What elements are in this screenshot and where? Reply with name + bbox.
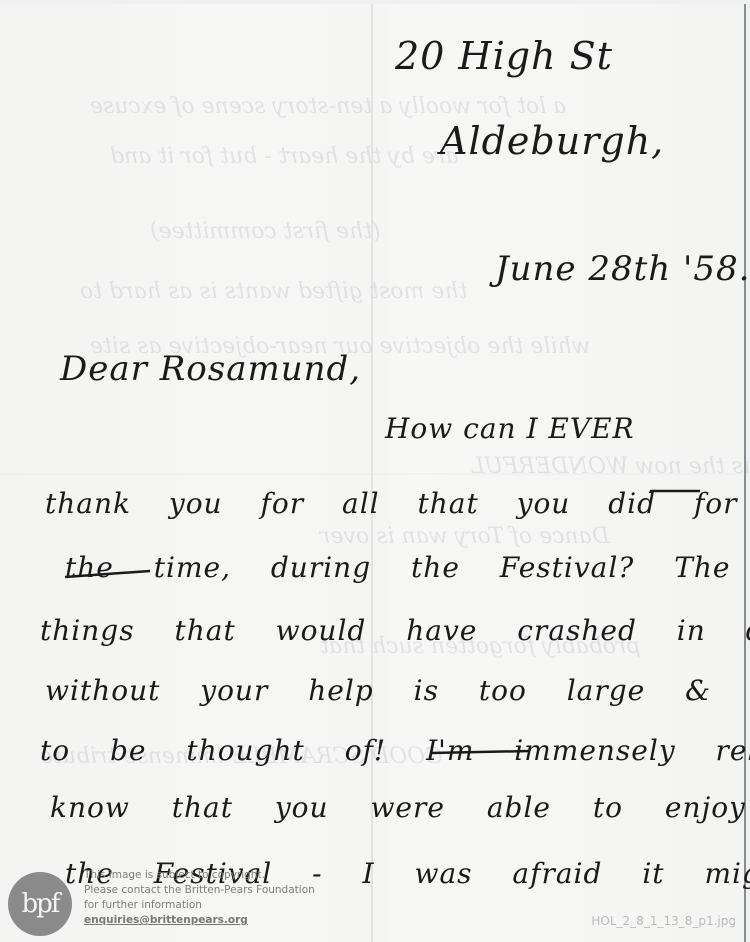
show-through-text: a lot for woolly a ten-story scene of ex… [90, 94, 566, 119]
show-through-text: (the first committee) [150, 219, 381, 244]
show-through-text: is the now WONDERFUL [470, 454, 750, 479]
body-line-5: without your help is too large & too ter… [45, 674, 750, 707]
bpf-logo: bpf [8, 872, 72, 936]
show-through-text: Dance of Tory wan is over [320, 524, 609, 549]
body-line-4: things that would have crashed in disast… [40, 614, 750, 647]
body-line-3: the time, during the Festival? The numbe… [65, 551, 750, 584]
copyright-watermark: bpf This image is subject to copyright. … [8, 864, 308, 936]
copyright-line-2: Please contact the Britten-Pears Foundat… [84, 883, 315, 898]
body-line-7: know that you were able to enjoy some of [50, 791, 750, 824]
letter-page: a lot for woolly a ten-story scene of ex… [0, 4, 746, 942]
salutation: Dear Rosamund, [60, 349, 361, 389]
address-line-1: 20 High St [395, 34, 613, 78]
copyright-line-3: for further information [84, 898, 315, 913]
show-through-text: the most gifted wants is as hard to [80, 279, 467, 304]
image-filename: HOL_2_8_1_13_8_p1.jpg [591, 914, 736, 928]
copyright-notice: This image is subject to copyright. Plea… [84, 868, 315, 928]
copyright-line-1: This image is subject to copyright. [84, 868, 315, 883]
show-through-text: are by the heart - but for it and [110, 144, 458, 169]
contact-email-link[interactable]: enquiries@brittenpears.org [84, 913, 315, 928]
address-line-2: Aldeburgh, [440, 119, 664, 163]
letter-date: June 28th '58. [495, 249, 750, 289]
body-line-1: How can I EVER [385, 412, 635, 445]
body-line-2: thank you for all that you did for us, a… [45, 487, 750, 520]
body-line-6: to be thought of! I'm immensely relieved… [40, 734, 750, 767]
